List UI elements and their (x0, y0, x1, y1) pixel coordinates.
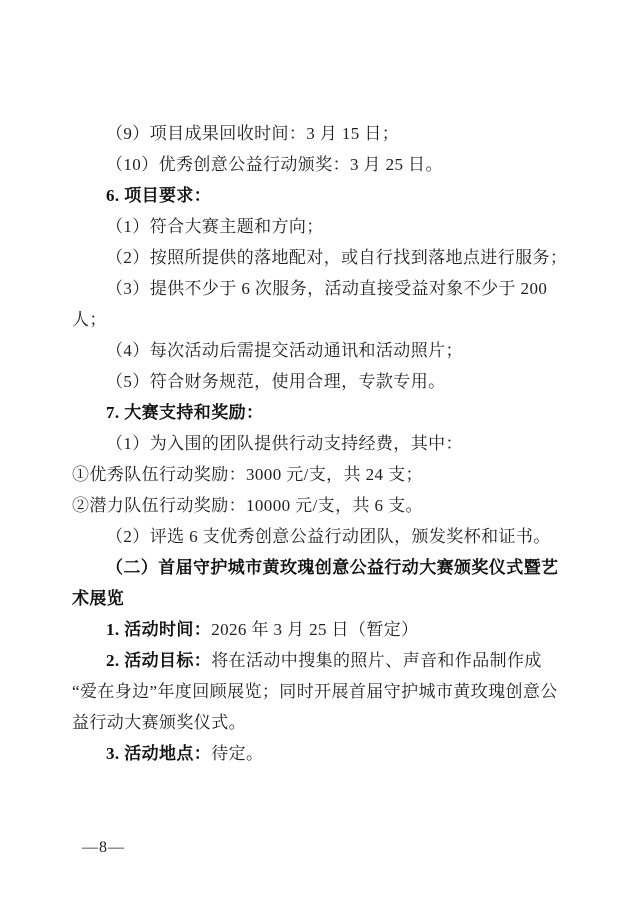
document-line: （4）每次活动后需提交活动通讯和活动照片； (72, 335, 574, 366)
text-segment: （1）为入围的团队提供行动支持经费，其中： (106, 434, 463, 453)
document-line: 6. 项目要求： (72, 180, 574, 211)
bold-text-segment: 6. 项目要求： (106, 186, 211, 205)
document-line: 人； (72, 304, 574, 335)
text-segment: ②潜力队伍行动奖励：10000 元/支，共 6 支。 (72, 496, 423, 515)
document-line: “爱在身边”年度回顾展览；同时开展首届守护城市黄玫瑰创意公 (72, 676, 574, 707)
document-line: 2. 活动目标：将在活动中搜集的照片、声音和作品制作成 (72, 645, 574, 676)
text-segment: 益行动大赛颁奖仪式。 (72, 713, 246, 732)
document-line: （二）首届守护城市黄玫瑰创意公益行动大赛颁奖仪式暨艺 (72, 552, 574, 583)
text-segment: （2）按照所提供的落地配对，或自行找到落地点进行服务； (106, 248, 567, 267)
document-line: （9）项目成果回收时间：3 月 15 日； (72, 118, 574, 149)
text-segment: （1）符合大赛主题和方向； (106, 217, 324, 236)
text-segment: 2026 年 3 月 25 日（暂定） (211, 620, 418, 639)
bold-text-segment: 3. 活动地点： (106, 744, 211, 763)
document-line: （2）评选 6 支优秀创意公益行动团队，颁发奖杯和证书。 (72, 521, 574, 552)
bold-text-segment: 术展览 (72, 589, 124, 608)
document-line: 术展览 (72, 583, 574, 614)
page-number: —8— (82, 836, 125, 860)
text-segment: ①优秀队伍行动奖励：3000 元/支，共 24 支； (72, 465, 423, 484)
document-line: ②潜力队伍行动奖励：10000 元/支，共 6 支。 (72, 490, 574, 521)
document-line: 7. 大赛支持和奖励： (72, 397, 574, 428)
text-segment: （5）符合财务规范，使用合理，专款专用。 (106, 372, 446, 391)
document-line: （2）按照所提供的落地配对，或自行找到落地点进行服务； (72, 242, 574, 273)
text-segment: 待定。 (211, 744, 263, 763)
bold-text-segment: 7. 大赛支持和奖励： (106, 403, 263, 422)
document-line: （3）提供不少于 6 次服务，活动直接受益对象不少于 200 (72, 273, 574, 304)
text-segment: （3）提供不少于 6 次服务，活动直接受益对象不少于 200 (106, 279, 547, 298)
text-segment: （2）评选 6 支优秀创意公益行动团队，颁发奖杯和证书。 (106, 527, 551, 546)
text-segment: 将在活动中搜集的照片、声音和作品制作成 (211, 651, 542, 670)
text-segment: “爱在身边”年度回顾展览；同时开展首届守护城市黄玫瑰创意公 (72, 682, 558, 701)
document-line: （1）为入围的团队提供行动支持经费，其中： (72, 428, 574, 459)
bold-text-segment: 1. 活动时间： (106, 620, 211, 639)
document-line: （10）优秀创意公益行动颁奖：3 月 25 日。 (72, 149, 574, 180)
document-page: （9）项目成果回收时间：3 月 15 日；（10）优秀创意公益行动颁奖：3 月 … (0, 0, 636, 900)
document-line: 益行动大赛颁奖仪式。 (72, 707, 574, 738)
bold-text-segment: 2. 活动目标： (106, 651, 211, 670)
text-segment: （9）项目成果回收时间：3 月 15 日； (106, 124, 399, 143)
document-content: （9）项目成果回收时间：3 月 15 日；（10）优秀创意公益行动颁奖：3 月 … (72, 118, 574, 769)
bold-text-segment: （二）首届守护城市黄玫瑰创意公益行动大赛颁奖仪式暨艺 (106, 558, 558, 577)
document-line: 1. 活动时间：2026 年 3 月 25 日（暂定） (72, 614, 574, 645)
document-line: 3. 活动地点：待定。 (72, 738, 574, 769)
document-line: ①优秀队伍行动奖励：3000 元/支，共 24 支； (72, 459, 574, 490)
text-segment: （4）每次活动后需提交活动通讯和活动照片； (106, 341, 463, 360)
text-segment: 人； (72, 310, 107, 329)
document-line: （1）符合大赛主题和方向； (72, 211, 574, 242)
text-segment: （10）优秀创意公益行动颁奖：3 月 25 日。 (106, 155, 443, 174)
document-line: （5）符合财务规范，使用合理，专款专用。 (72, 366, 574, 397)
